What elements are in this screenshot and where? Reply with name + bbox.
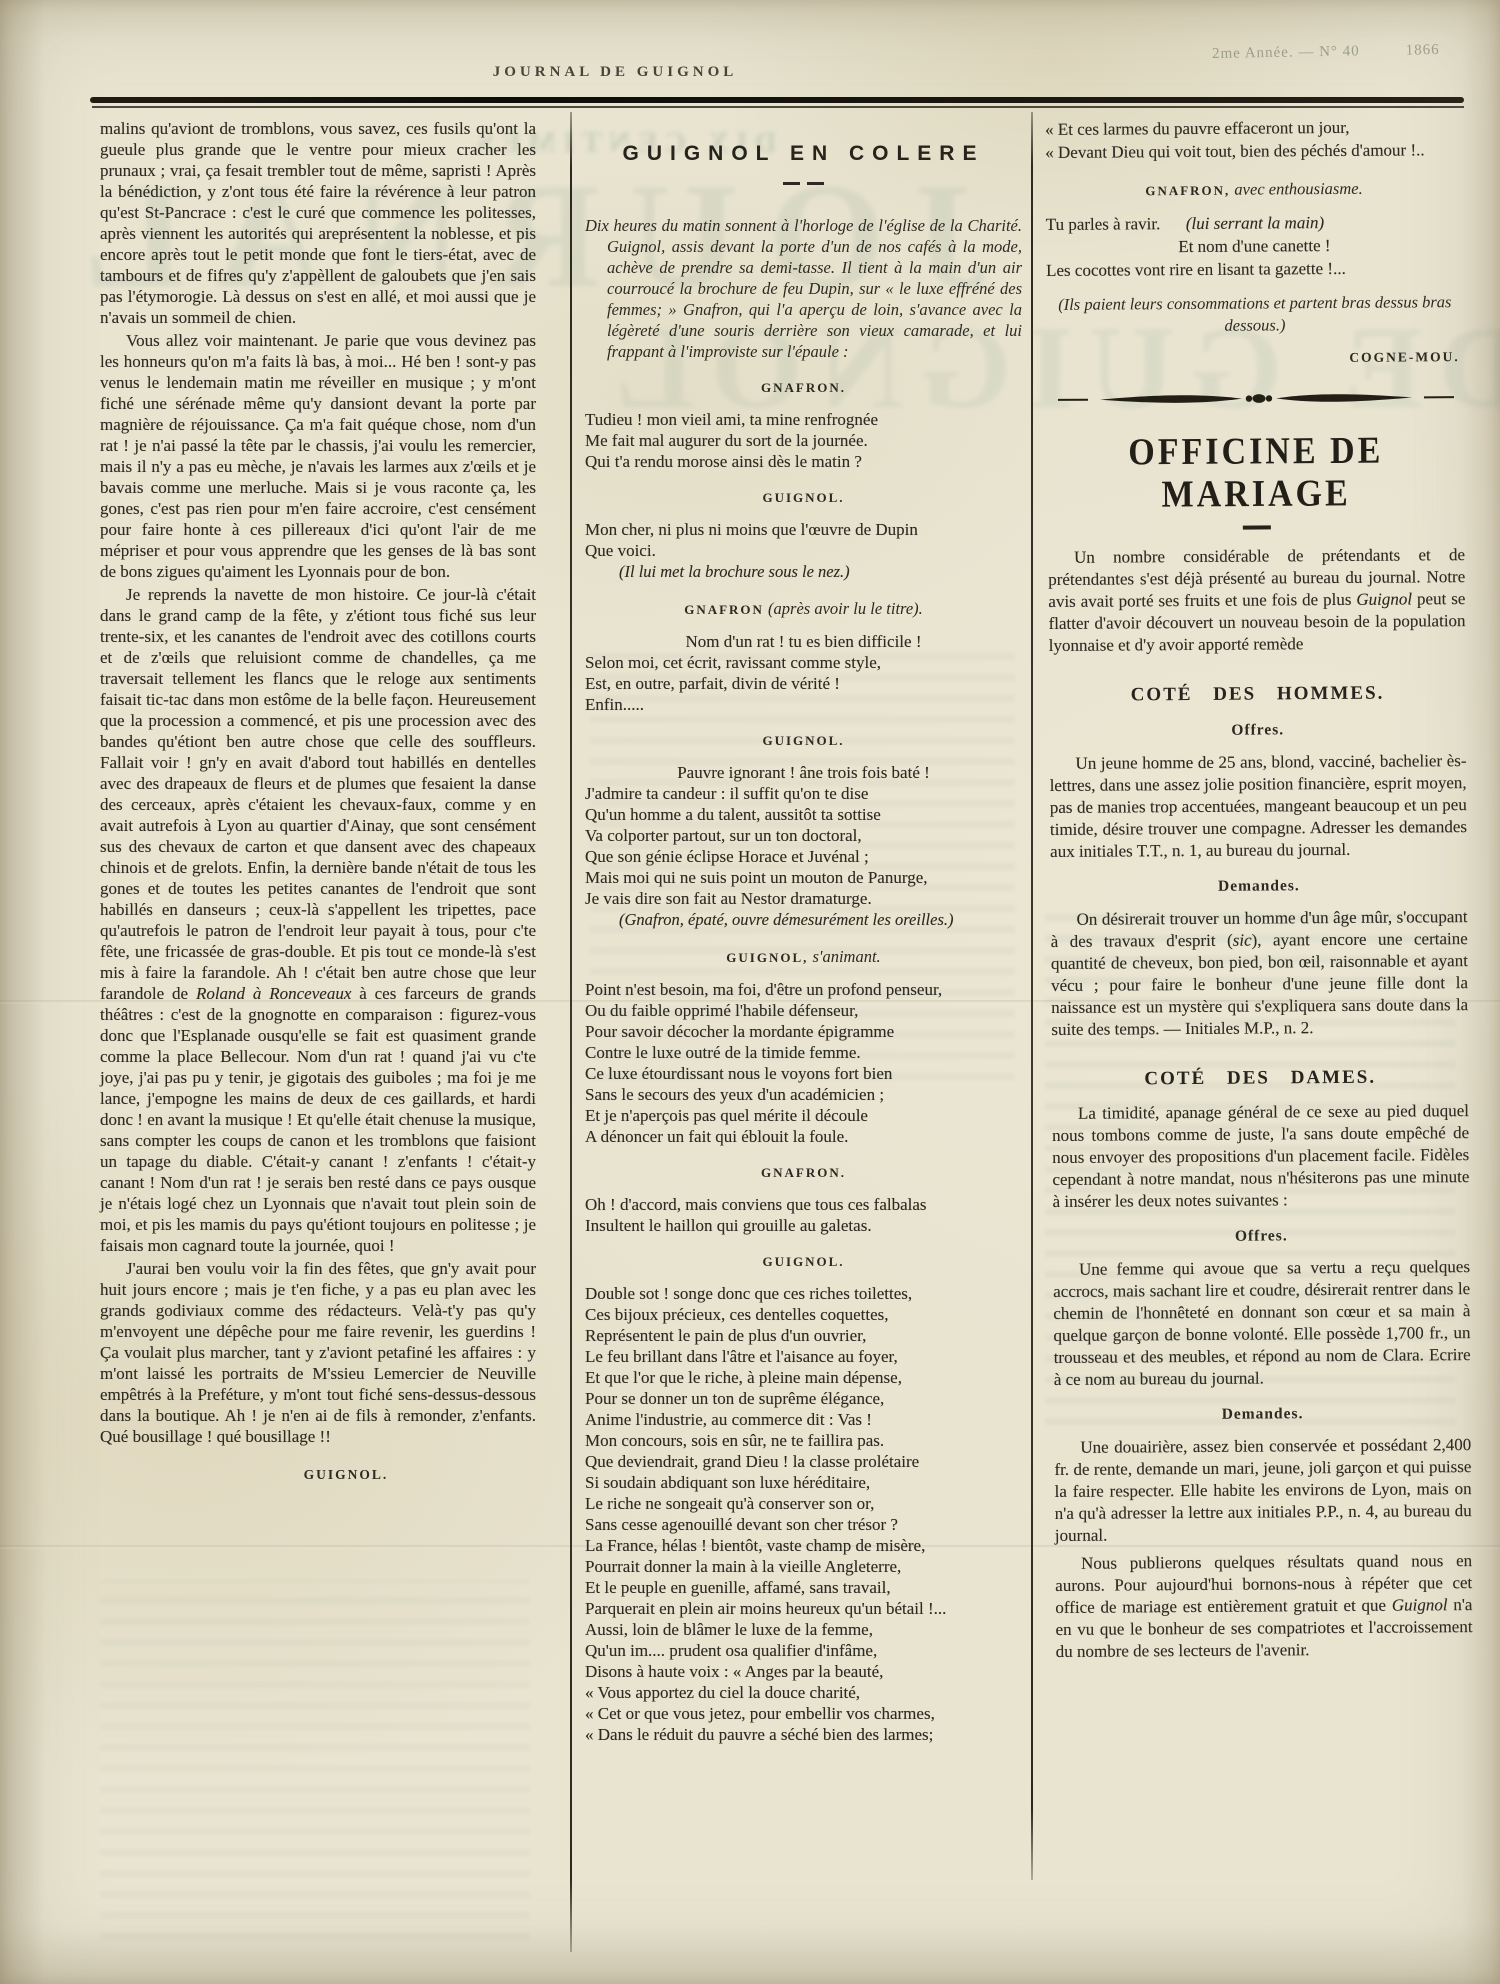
speaker-name: GNAFRON. (585, 379, 1022, 397)
verse-line: Sans le secours des yeux d'un académicie… (585, 1084, 1022, 1105)
top-rule-thin (92, 106, 1464, 108)
verse-line: Les cocottes vont rire en lisant ta gaze… (1046, 256, 1463, 282)
verse-line: Enfin..... (585, 694, 1022, 715)
verse-line: « Vous apportez du ciel la douce charité… (585, 1682, 1022, 1703)
article-title: GUIGNOL EN COLERE (585, 142, 1022, 166)
speaker-name: GNAFRON, avec enthousiasme. (1045, 178, 1462, 201)
speaker-label: GUIGNOL. (762, 733, 844, 748)
italic-text: Guignol (1356, 589, 1412, 608)
italic-text: sic (1233, 931, 1252, 950)
verse-line: La France, hélas ! bientôt, vaste champ … (585, 1535, 1022, 1556)
verse-line: J'admire ta candeur : il suffit qu'on te… (585, 783, 1022, 804)
speaker-name: GUIGNOL. (585, 1253, 1022, 1271)
section-title: OFFICINE DE MARIAGE (1047, 430, 1465, 518)
masthead-title: JOURNAL DE GUIGNOL (100, 64, 1130, 81)
verse-line: Pour se donner un ton de suprême éléganc… (585, 1388, 1022, 1409)
speaker-name: GUIGNOL, s'animant. (585, 947, 1022, 967)
verse-block: Tudieu ! mon vieil ami, ta mine renfrogn… (585, 409, 1022, 472)
verse-line: Pourrait donner la main à la vieille Ang… (585, 1556, 1022, 1577)
verse-line: Qui t'a rendu morose ainsi dès le matin … (585, 451, 1022, 472)
paragraph: Nous publierons quelques résultats quand… (1055, 1550, 1473, 1663)
verse-line: Représentent le pain de plus d'un ouvrie… (585, 1325, 1022, 1346)
italic-text: Roland à Ronceveaux (196, 984, 351, 1003)
verse-line: Ces bijoux précieux, ces dentelles coque… (585, 1304, 1022, 1325)
verse-line: Oh ! d'accord, mais conviens que tous ce… (585, 1194, 1022, 1215)
paragraph: La timidité, apanage général de ce sexe … (1052, 1100, 1470, 1213)
dash-rule (807, 182, 824, 185)
verse-block: Oh ! d'accord, mais conviens que tous ce… (585, 1194, 1022, 1236)
speaker-label: GNAFRON (684, 602, 764, 617)
verse-line: A dénoncer un fait qui éblouit la foule. (585, 1126, 1022, 1147)
speaker-label: GUIGNOL. (762, 490, 844, 505)
verse-line: Pauvre ignorant ! âne trois fois baté ! (585, 762, 1022, 783)
columns-container: malins qu'aviont de tromblons, vous save… (100, 118, 1464, 1751)
verse-line: Que son génie éclipse Horace et Juvénal … (585, 846, 1022, 867)
speaker-label: GNAFRON. (761, 380, 846, 395)
verse-line: Et que l'or que le riche, à pleine main … (585, 1367, 1022, 1388)
stage-direction: (Ils paient leurs consommations et parte… (1046, 291, 1463, 338)
text-run: Tu parles à ravir. (1046, 214, 1186, 234)
verse-line: Insultent le haillon qui grouille au gal… (585, 1215, 1022, 1236)
column-left: malins qu'aviont de tromblons, vous save… (100, 118, 536, 1485)
title-dash (585, 182, 1022, 185)
speaker-label: GNAFRON, (1145, 183, 1230, 199)
verse-line: Si soudain abdiquant son luxe héréditair… (585, 1472, 1022, 1493)
verse-line: « Dans le réduit du pauvre a séché bien … (585, 1724, 1022, 1745)
paragraph: Je reprends la navette de mon histoire. … (100, 584, 536, 1256)
ornament-divider (1047, 389, 1464, 413)
italic-text: Guignol (1392, 1595, 1448, 1614)
column-middle: GUIGNOL EN COLEREDix heures du matin son… (585, 118, 1022, 1751)
verse-block: Nom d'un rat ! tu es bien difficile !Sel… (585, 631, 1022, 715)
sub-heading: Offres. (1053, 1226, 1470, 1247)
speaker-note: s'animant. (808, 947, 880, 966)
verse-line: Ce luxe étourdissant nous le voyons fort… (585, 1063, 1022, 1084)
sub-heading: Demandes. (1054, 1404, 1471, 1425)
section-heading: COTÉ DES HOMMES. (1049, 682, 1466, 707)
paragraph: Vous allez voir maintenant. Je parie que… (100, 330, 536, 582)
paragraph: Une femme qui avoue que sa vertu a reçu … (1053, 1256, 1471, 1391)
verse-line: « Devant Dieu qui voit tout, bien des pé… (1045, 138, 1462, 164)
signature: GUIGNOL. (128, 1467, 564, 1483)
speaker-name: GNAFRON. (585, 1164, 1022, 1182)
verse-block: Pauvre ignorant ! âne trois fois baté !J… (585, 762, 1022, 930)
verse-line: Et je n'aperçois pas quel mérite il déco… (585, 1105, 1022, 1126)
stage-direction: Dix heures du matin sonnent à l'horloge … (585, 215, 1022, 362)
verse-line: Me fait mal augurer du sort de la journé… (585, 430, 1022, 451)
verse-line: « Et ces larmes du pauvre effaceront un … (1045, 115, 1462, 141)
verse-line: Sans cesse agenouillé devant son cher tr… (585, 1514, 1022, 1535)
edition-number: 2me Année. — N° 40 (1212, 43, 1360, 62)
speaker-name: GUIGNOL. (585, 732, 1022, 750)
paragraph: Un jeune homme de 25 ans, blond, vacciné… (1049, 750, 1467, 863)
verse-line: Anime l'industrie, au commerce dit : Vas… (585, 1409, 1022, 1430)
verse-line: Mais moi qui ne suis point un mouton de … (585, 867, 1022, 888)
speaker-label: GNAFRON. (761, 1165, 846, 1180)
verse-line: Va colporter partout, sur un ton doctora… (585, 825, 1022, 846)
sub-heading: Demandes. (1050, 876, 1467, 897)
speaker-label: GUIGNOL, (726, 950, 808, 965)
verse-line: « Cet or que vous jetez, pour embellir v… (585, 1703, 1022, 1724)
verse-block: Tu parles à ravir. (lui serrant la main)… (1046, 210, 1463, 282)
sub-heading: Offres. (1049, 720, 1466, 741)
verse-line: Disons à haute voix : « Anges par la bea… (585, 1661, 1022, 1682)
verse-line: Selon moi, cet écrit, ravissant comme st… (585, 652, 1022, 673)
verse-line: Mon concours, sois en sûr, ne te faillir… (585, 1430, 1022, 1451)
paragraph: J'aurai ben voulu voir la fin des fêtes,… (100, 1258, 536, 1447)
speaker-note: (après avoir lu le titre). (764, 599, 923, 618)
verse-line: Je vais dire son fait au Nestor dramatur… (585, 888, 1022, 909)
paragraph: malins qu'aviont de tromblons, vous save… (100, 118, 536, 328)
verse-block: Point n'est besoin, ma foi, d'être un pr… (585, 979, 1022, 1147)
text-run: Je reprends la navette de mon histoire. … (100, 585, 536, 1003)
dash-rule (1242, 525, 1270, 529)
verse-line: Que voici. (585, 540, 1022, 561)
verse-line: Qu'un im.... prudent osa qualifier d'inf… (585, 1640, 1022, 1661)
verse-line: Le riche ne songeait qu'à conserver son … (585, 1493, 1022, 1514)
verse-line: Et le peuple en guenille, affamé, sans t… (585, 1577, 1022, 1598)
speaker-label: GUIGNOL. (762, 1254, 844, 1269)
paragraph: On désirerait trouver un homme d'un âge … (1051, 906, 1469, 1041)
verse-line: Tudieu ! mon vieil ami, ta mine renfrogn… (585, 409, 1022, 430)
ornament-rule-icon (1055, 389, 1455, 408)
speaker-note: avec enthousiasme. (1230, 179, 1363, 199)
verse-line: (Gnafron, épaté, ouvre démesurément les … (585, 909, 1022, 930)
speaker-name: GUIGNOL. (585, 489, 1022, 507)
verse-line: Double sot ! songe donc que ces riches t… (585, 1283, 1022, 1304)
verse-line: Mon cher, ni plus ni moins que l'œuvre d… (585, 519, 1022, 540)
speaker-name: GNAFRON (après avoir lu le titre). (585, 599, 1022, 619)
verse-line: Aussi, loin de blâmer le luxe de la femm… (585, 1619, 1022, 1640)
verse-line: Pour savoir décocher la mordante épigram… (585, 1021, 1022, 1042)
heading-dash (1048, 524, 1465, 531)
verse-line: Et nom d'une canette ! (1046, 233, 1463, 259)
verse-block: Double sot ! songe donc que ces riches t… (585, 1283, 1022, 1745)
newspaper-page: JOURNALDE GUIGNOLDIX CENTIMES 2me Année.… (0, 0, 1500, 1984)
author-credit: COGNE-MOU. (1047, 349, 1460, 368)
verse-line: Point n'est besoin, ma foi, d'être un pr… (585, 979, 1022, 1000)
verse-line: (Il lui met la brochure sous le nez.) (585, 561, 1022, 582)
verse-line: Parquerait en plein air moins heureux qu… (585, 1598, 1022, 1619)
top-rule-heavy (90, 97, 1464, 103)
edition-note: 2me Année. — N° 401866 (1212, 42, 1440, 63)
column-right: « Et ces larmes du pauvre effaceront un … (1045, 115, 1473, 1669)
verse-line: Que deviendrait, grand Dieu ! la classe … (585, 1451, 1022, 1472)
verse-line: Nom d'un rat ! tu es bien difficile ! (585, 631, 1022, 652)
section-heading: COTÉ DES DAMES. (1052, 1066, 1469, 1091)
verse-block: « Et ces larmes du pauvre effaceront un … (1045, 115, 1462, 164)
paragraph: Un nombre considérable de prétendants et… (1048, 544, 1466, 657)
paragraph: Une douairière, assez bien conservée et … (1054, 1434, 1472, 1547)
verse-line: Est, en outre, parfait, divin de vérité … (585, 673, 1022, 694)
year-note: 1866 (1406, 42, 1440, 59)
verse-block: Mon cher, ni plus ni moins que l'œuvre d… (585, 519, 1022, 582)
verse-line: Qu'un homme a du talent, aussitôt ta sot… (585, 804, 1022, 825)
verse-line: Contre le luxe outré de la timide femme. (585, 1042, 1022, 1063)
dash-rule (783, 182, 800, 185)
text-run: à ces farceurs de grands théâtres : c'es… (100, 984, 536, 1255)
verse-line: Le feu brillant dans l'âtre et l'aisance… (585, 1346, 1022, 1367)
verse-line: Tu parles à ravir. (lui serrant la main) (1046, 210, 1463, 236)
verse-line: Ou du faible opprimé l'habile défenseur, (585, 1000, 1022, 1021)
italic-text: (lui serrant la main) (1186, 213, 1324, 233)
